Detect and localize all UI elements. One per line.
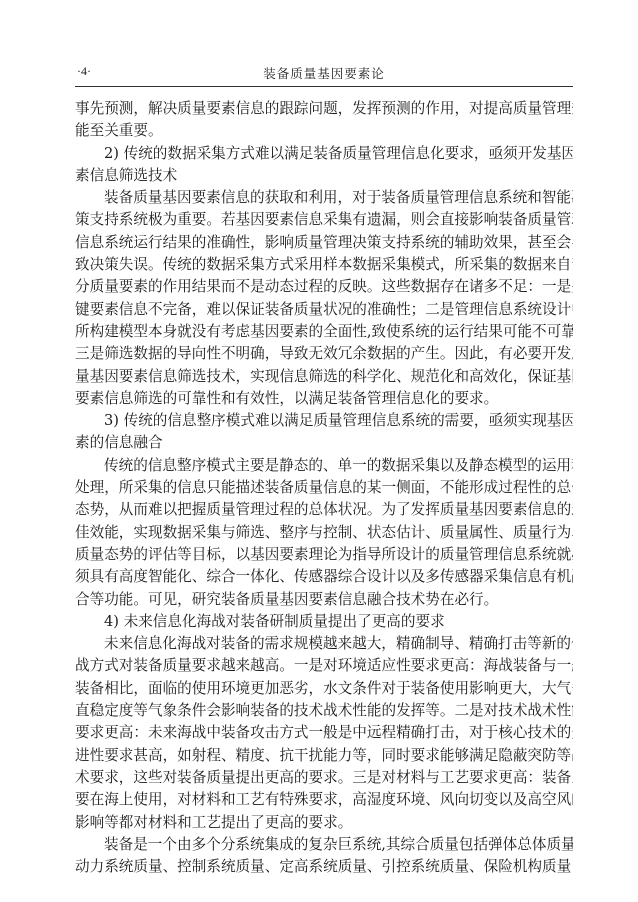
text-line: 要在海上使用，对材料和工艺有特殊要求，高湿度环境、风向切变以及高空风的 bbox=[75, 789, 573, 811]
header-rule bbox=[75, 86, 573, 87]
text-line: 三是筛选数据的导向性不明确，导致无效冗余数据的产生。因此，有必要开发质 bbox=[75, 343, 573, 365]
text-line: 4) 未来信息化海战对装备研制质量提出了更高的要求 bbox=[75, 611, 573, 633]
text-line: 态势，从而难以把握质量管理过程的总体状况。为了发挥质量基因要素信息的最 bbox=[75, 499, 573, 521]
running-title: 装备质量基因要素论 bbox=[75, 64, 573, 82]
text-line: 佳效能，实现数据采集与筛选、整序与控制、状态估计、质量属性、质量行为、 bbox=[75, 522, 573, 544]
text-line: 素的信息融合 bbox=[75, 432, 573, 454]
text-line: 要素信息筛选的可靠性和有效性，以满足装备管理信息化的要求。 bbox=[75, 388, 573, 410]
text-line: 事先预测，解决质量要素信息的跟踪问题，发挥预测的作用，对提高质量管理效 bbox=[75, 98, 573, 120]
text-line: 影响等都对材料和工艺提出了更高的要求。 bbox=[75, 812, 573, 834]
text-line: 素信息筛选技术 bbox=[75, 165, 573, 187]
text-line: 能至关重要。 bbox=[75, 120, 573, 142]
text-line: 致决策失误。传统的数据采集方式采用样本数据采集模式，所采集的数据来自部 bbox=[75, 254, 573, 276]
text-line: 须具有高度智能化、综合一体化、传感器综合设计以及多传感器采集信息有机融 bbox=[75, 566, 573, 588]
text-line: 进性要求甚高，如射程、精度、抗干扰能力等，同时要求能够满足隐蔽突防等战 bbox=[75, 745, 573, 767]
text-line: 装备质量基因要素信息的获取和利用，对于装备质量管理信息系统和智能决 bbox=[75, 187, 573, 209]
text-line: 所构建模型本身就没有考虑基因要素的全面性,致使系统的运行结果可能不可靠； bbox=[75, 321, 573, 343]
text-line: 处理，所采集的信息只能描述装备质量信息的某一侧面，不能形成过程性的总体 bbox=[75, 477, 573, 499]
body-text: 事先预测，解决质量要素信息的跟踪问题，发挥预测的作用，对提高质量管理效能至关重要… bbox=[75, 98, 573, 878]
text-line: 合等功能。可见，研究装备质量基因要素信息融合技术势在必行。 bbox=[75, 589, 573, 611]
text-line: 键要素信息不完备，难以保证装备质量状况的准确性；二是管理信息系统设计中 bbox=[75, 299, 573, 321]
page-header: ·4· 装备质量基因要素论 bbox=[75, 62, 573, 82]
text-line: 策支持系统极为重要。若基因要素信息采集有遗漏，则会直接影响装备质量管理 bbox=[75, 209, 573, 231]
text-line: 要求更高：未来海战中装备攻击方式一般是中远程精确打击，对于核心技术的先 bbox=[75, 722, 573, 744]
text-line: 传统的信息整序模式主要是静态的、单一的数据采集以及静态模型的运用和 bbox=[75, 455, 573, 477]
text-line: 分质量要素的作用结果而不是动态过程的反映。这些数据存在诸多不足：一是关 bbox=[75, 276, 573, 298]
text-line: 直稳定度等气象条件会影响装备的技术战术性能的发挥等。二是对技术战术性能 bbox=[75, 700, 573, 722]
text-line: 战方式对装备质量要求越来越高。一是对环境适应性要求更高：海战装备与一般 bbox=[75, 655, 573, 677]
text-line: 量基因要素信息筛选技术，实现信息筛选的科学化、规范化和高效化，保证基因 bbox=[75, 366, 573, 388]
text-line: 质量态势的评估等目标，以基因要素理论为指导所设计的质量管理信息系统就必 bbox=[75, 544, 573, 566]
text-line: 2) 传统的数据采集方式难以满足装备质量管理信息化要求，亟须开发基因要 bbox=[75, 143, 573, 165]
text-line: 术要求，这些对装备质量提出更高的要求。三是对材料与工艺要求更高：装备主 bbox=[75, 767, 573, 789]
text-line: 装备是一个由多个分系统集成的复杂巨系统,其综合质量包括弹体总体质量、 bbox=[75, 834, 573, 856]
text-line: 3) 传统的信息整序模式难以满足质量管理信息系统的需要，亟须实现基因要 bbox=[75, 410, 573, 432]
document-page: ·4· 装备质量基因要素论 事先预测，解决质量要素信息的跟踪问题，发挥预测的作用… bbox=[0, 0, 638, 902]
text-line: 动力系统质量、控制系统质量、定高系统质量、引控系统质量、保险机构质量以 bbox=[75, 856, 573, 878]
text-line: 未来信息化海战对装备的需求规模越来越大，精确制导、精确打击等新的作 bbox=[75, 633, 573, 655]
text-line: 装备相比，面临的使用环境更加恶劣，水文条件对于装备使用影响更大，大气垂 bbox=[75, 678, 573, 700]
text-line: 信息系统运行结果的准确性，影响质量管理决策支持系统的辅助效果，甚至会导 bbox=[75, 232, 573, 254]
